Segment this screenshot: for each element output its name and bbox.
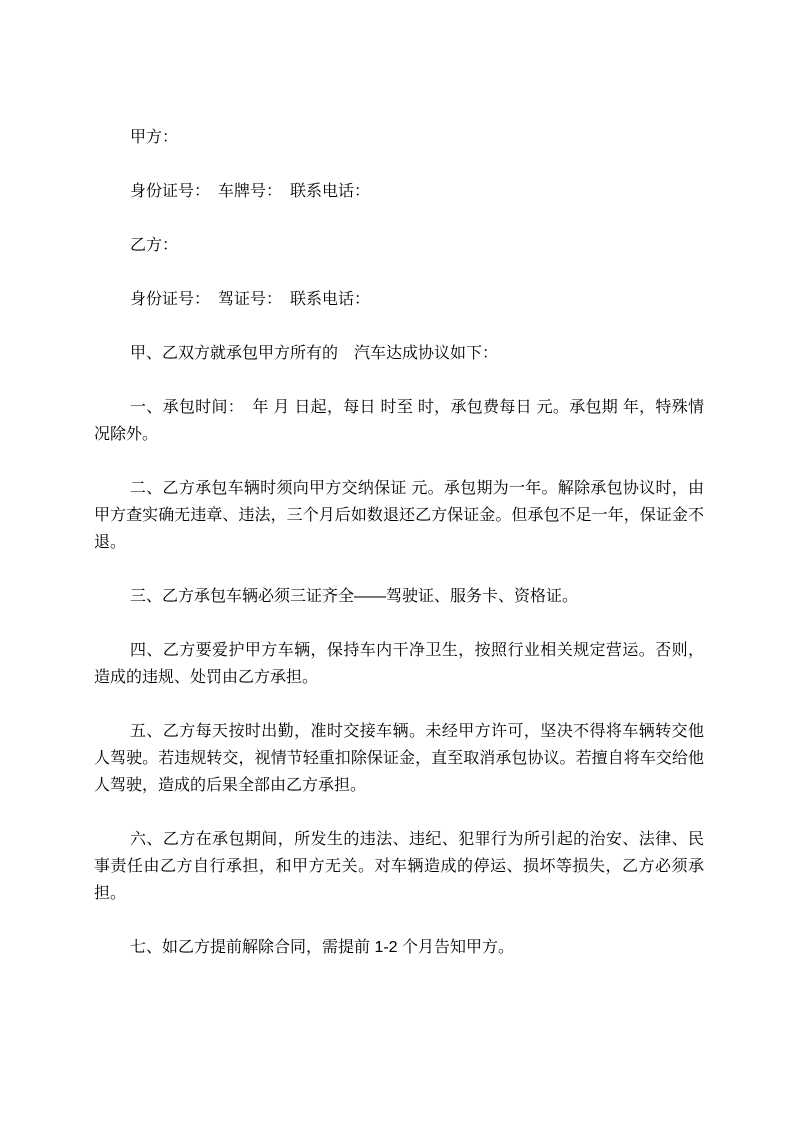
clause-7-early-termination: 七、如乙方提前解除合同，需提前 1-2 个月告知甲方。: [94, 934, 704, 961]
party-b-details: 身份证号： 驾证号： 联系电话：: [94, 286, 704, 313]
party-a-details: 身份证号： 车牌号： 联系电话：: [94, 178, 704, 205]
party-a-label: 甲方：: [94, 124, 704, 151]
agreement-intro: 甲、乙双方就承包甲方所有的 汽车达成协议如下：: [94, 340, 704, 367]
party-b-label: 乙方：: [94, 232, 704, 259]
clause-6-liability: 六、乙方在承包期间，所发生的违法、违纪、犯罪行为所引起的治安、法律、民事责任由乙…: [94, 826, 704, 907]
clause-2-deposit: 二、乙方承包车辆时须向甲方交纳保证 元。承包期为一年。解除承包协议时，由甲方查实…: [94, 475, 704, 556]
contract-document-page: 甲方： 身份证号： 车牌号： 联系电话： 乙方： 身份证号： 驾证号： 联系电话…: [0, 0, 793, 1122]
clause-5-attendance: 五、乙方每天按时出勤，准时交接车辆。未经甲方许可，坚决不得将车辆转交他人驾驶。若…: [94, 718, 704, 799]
clause-1-contract-time: 一、承包时间： 年 月 日起，每日 时至 时，承包费每日 元。承包期 年，特殊情…: [94, 394, 704, 448]
clause-4-vehicle-care: 四、乙方要爱护甲方车辆，保持车内干净卫生，按照行业相关规定营运。否则，造成的违规…: [94, 637, 704, 691]
document-body: 甲方： 身份证号： 车牌号： 联系电话： 乙方： 身份证号： 驾证号： 联系电话…: [94, 124, 704, 961]
clause-3-certificates: 三、乙方承包车辆必须三证齐全——驾驶证、服务卡、资格证。: [94, 583, 704, 610]
